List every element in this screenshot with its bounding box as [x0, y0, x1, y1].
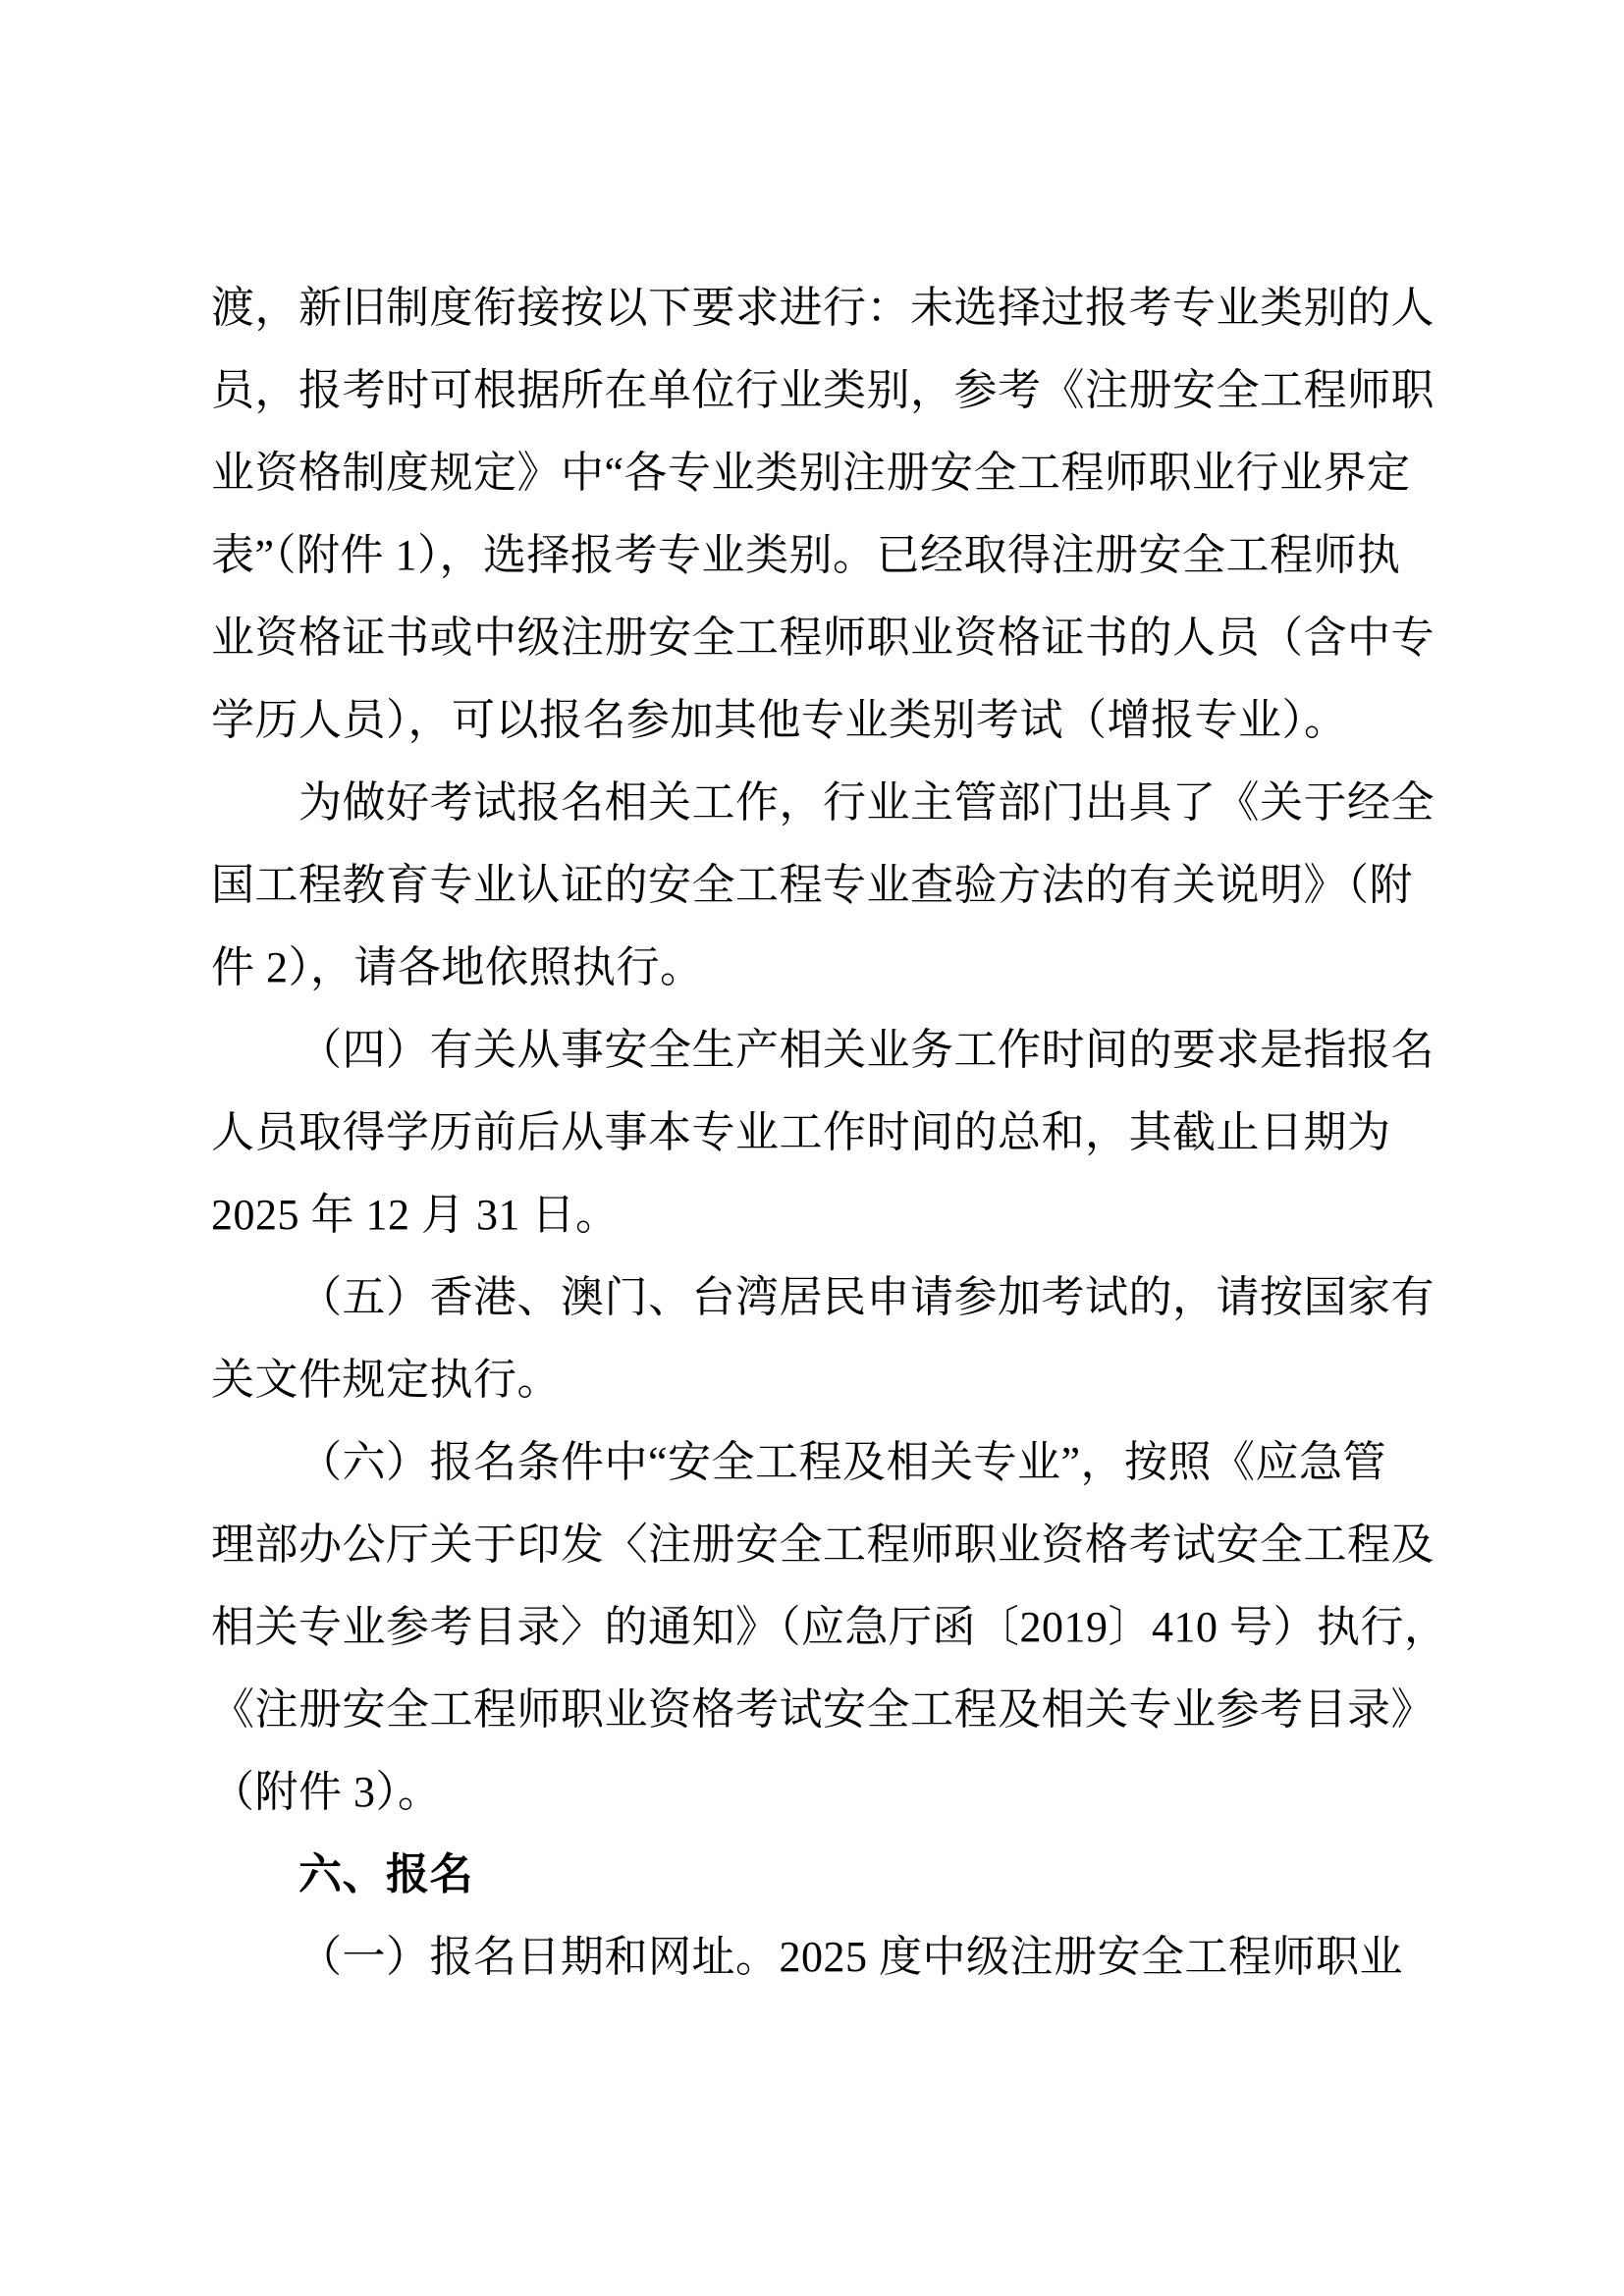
body-line: 渡，新旧制度衔接按以下要求进行：未选择过报考专业类别的人 — [211, 267, 1417, 349]
body-line: （五）香港、澳门、台湾居民申请参加考试的，请按国家有 — [211, 1256, 1417, 1339]
body-line: 关文件规定执行。 — [211, 1339, 1417, 1421]
body-line: 人员取得学历前后从事本专业工作时间的总和，其截止日期为 — [211, 1092, 1417, 1174]
body-line: 业资格证书或中级注册安全工程师职业资格证书的人员（含中专 — [211, 597, 1417, 679]
body-line: （附件 3）。 — [211, 1751, 1417, 1834]
body-line: 国工程教育专业认证的安全工程专业查验方法的有关说明》（附 — [211, 844, 1417, 927]
document-body: 渡，新旧制度衔接按以下要求进行：未选择过报考专业类别的人 员，报考时可根据所在单… — [211, 267, 1417, 1999]
body-line: 业资格制度规定》中“各专业类别注册安全工程师职业行业界定 — [211, 432, 1417, 514]
body-line: （一）报名日期和网址。2025 度中级注册安全工程师职业 — [211, 1916, 1417, 1999]
section-heading: 六、报名 — [211, 1834, 1417, 1916]
body-line: （四）有关从事安全生产相关业务工作时间的要求是指报名 — [211, 1009, 1417, 1092]
document-page: 渡，新旧制度衔接按以下要求进行：未选择过报考专业类别的人 员，报考时可根据所在单… — [0, 0, 1624, 2296]
body-line: 学历人员），可以报名参加其他专业类别考试（增报专业）。 — [211, 679, 1417, 762]
body-line: 《注册安全工程师职业资格考试安全工程及相关专业参考目录》 — [211, 1669, 1417, 1751]
body-line: 2025 年 12 月 31 日。 — [211, 1174, 1417, 1256]
body-line: 相关专业参考目录〉的通知》（应急厅函〔2019〕410 号）执行， — [211, 1586, 1417, 1669]
body-line: 件 2），请各地依照执行。 — [211, 927, 1417, 1009]
body-line: （六）报名条件中“安全工程及相关专业”，按照《应急管 — [211, 1421, 1417, 1504]
body-line: 表”（附件 1），选择报考专业类别。已经取得注册安全工程师执 — [211, 514, 1417, 597]
body-line: 理部办公厅关于印发〈注册安全工程师职业资格考试安全工程及 — [211, 1504, 1417, 1586]
body-line: 为做好考试报名相关工作，行业主管部门出具了《关于经全 — [211, 762, 1417, 844]
body-line: 员，报考时可根据所在单位行业类别，参考《注册安全工程师职 — [211, 349, 1417, 432]
